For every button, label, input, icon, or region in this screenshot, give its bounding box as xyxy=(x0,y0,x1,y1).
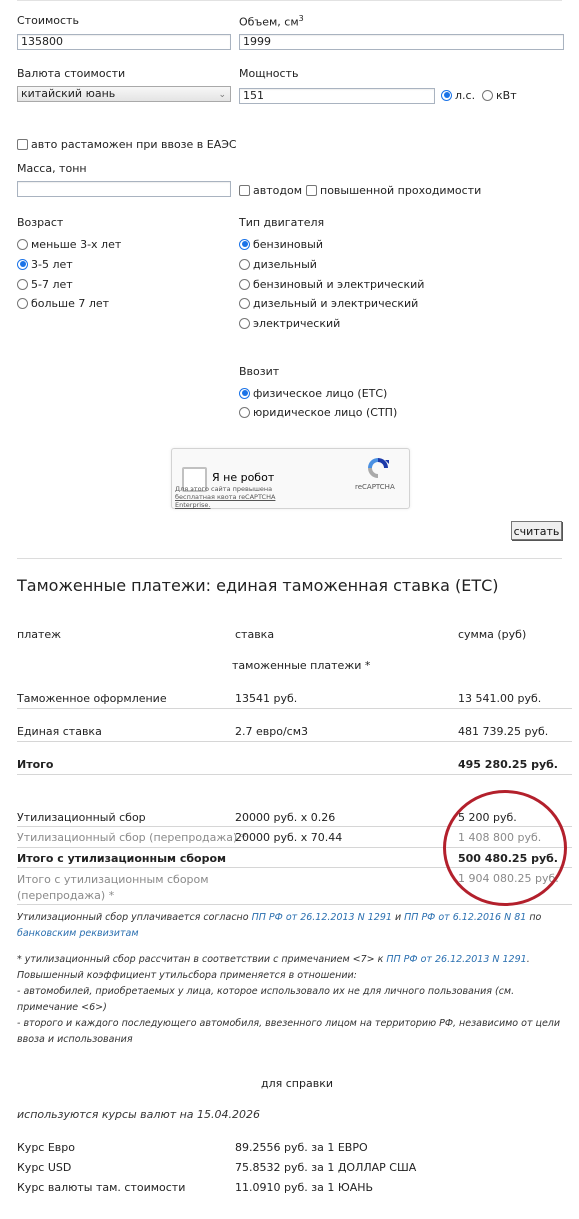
currency-selected: китайский юань xyxy=(21,87,115,100)
motorhome-label: автодом xyxy=(253,184,302,197)
power-unit-kw-label: кВт xyxy=(496,89,517,102)
power-unit-hp[interactable]: л.с. xyxy=(441,88,475,102)
section-divider xyxy=(17,558,562,559)
row-total-util-resale-name: Итого с утилизационным сбором (перепрода… xyxy=(17,872,217,904)
row-total-name: Итого xyxy=(17,758,53,771)
rate-eur-value: 89.2556 руб. за 1 ЕВРО xyxy=(235,1141,368,1154)
radio-engine-2[interactable] xyxy=(239,279,250,290)
radio-age-3[interactable] xyxy=(17,298,28,309)
row-util-resale-name: Утилизационный сбор (перепродажа) * xyxy=(17,831,246,844)
top-divider xyxy=(17,0,562,1)
note1-prefix: Утилизационный сбор уплачивается согласн… xyxy=(17,912,252,923)
note2-prefix: * утилизационный сбор рассчитан в соотве… xyxy=(17,954,386,965)
header-sum: сумма (руб) xyxy=(458,628,526,641)
radio-hp[interactable] xyxy=(441,90,452,101)
recaptcha-brand: reCAPTCHA xyxy=(355,483,395,491)
row-total-sum: 495 280.25 руб. xyxy=(458,758,558,771)
engine-option-label: бензиновый и электрический xyxy=(253,278,424,291)
recaptcha-widget: Я не робот Для этого сайта превышена бес… xyxy=(171,448,410,509)
util-fee-footnote: * утилизационный сбор рассчитан в соотве… xyxy=(17,952,572,1048)
power-unit-kw[interactable]: кВт xyxy=(482,88,517,102)
age-option-label: меньше 3-х лет xyxy=(31,238,121,251)
importer-option-legal[interactable]: юридическое лицо (СТП) xyxy=(239,405,397,419)
volume-label: Объем, см3 xyxy=(239,14,304,29)
link-pp-1291-footnote[interactable]: ПП РФ от 26.12.2013 N 1291 xyxy=(386,954,526,965)
util-fee-payment-note: Утилизационный сбор уплачивается согласн… xyxy=(17,910,567,942)
radio-engine-4[interactable] xyxy=(239,318,250,329)
section-customs-payments: таможенные платежи * xyxy=(232,659,370,672)
age-option-label: 5-7 лет xyxy=(31,278,73,291)
radio-engine-0[interactable] xyxy=(239,239,250,250)
checkbox-offroad[interactable] xyxy=(306,185,317,196)
rate-eur-name: Курс Евро xyxy=(17,1141,75,1154)
cleared-eaes-label: авто растаможен при ввозе в ЕАЭС xyxy=(31,138,237,151)
results-title: Таможенные платежи: единая таможенная ст… xyxy=(17,576,499,595)
radio-age-0[interactable] xyxy=(17,239,28,250)
age-option-label: больше 7 лет xyxy=(31,297,109,310)
volume-label-sup: 3 xyxy=(299,14,304,23)
row-clearance-sum: 13 541.00 руб. xyxy=(458,692,541,705)
engine-option-label: дизельный и электрический xyxy=(253,297,418,310)
note2-item2: - второго и каждого последующего автомоб… xyxy=(17,1018,560,1045)
radio-age-1[interactable] xyxy=(17,259,28,270)
recaptcha-quota-text: Для этого сайта превышена xyxy=(175,485,295,493)
engine-option-label: электрический xyxy=(253,317,340,330)
power-input[interactable]: 151 xyxy=(239,88,435,104)
radio-engine-3[interactable] xyxy=(239,298,250,309)
row-total-util-name: Итого с утилизационным сбором xyxy=(17,852,226,865)
row-clearance-rate: 13541 руб. xyxy=(235,692,297,705)
rate-usd-value: 75.8532 руб. за 1 ДОЛЛАР США xyxy=(235,1161,416,1174)
age-option-5-7[interactable]: 5-7 лет xyxy=(17,277,73,291)
recaptcha-quota-link[interactable]: бесплатная квота reCAPTCHA Enterprise. xyxy=(175,493,275,509)
row-unified-rate-rate: 2.7 евро/см3 xyxy=(235,725,308,738)
importer-option-individual[interactable]: физическое лицо (ЕТС) xyxy=(239,386,387,400)
radio-importer-0[interactable] xyxy=(239,388,250,399)
power-label: Мощность xyxy=(239,67,298,80)
importer-option-label: юридическое лицо (СТП) xyxy=(253,406,397,419)
header-rate: ставка xyxy=(235,628,274,641)
rates-date: используются курсы валют на 15.04.2026 xyxy=(17,1107,260,1123)
rate-customs-currency-value: 11.0910 руб. за 1 ЮАНЬ xyxy=(235,1181,373,1194)
link-pp-81[interactable]: ПП РФ от 6.12.2016 N 81 xyxy=(404,912,526,923)
cleared-eaes-checkbox[interactable]: авто растаможен при ввозе в ЕАЭС xyxy=(17,137,237,151)
engine-option-label: бензиновый xyxy=(253,238,323,251)
rate-customs-currency-name: Курс валюты там. стоимости xyxy=(17,1181,185,1194)
importer-option-label: физическое лицо (ЕТС) xyxy=(253,387,387,400)
importer-label: Ввозит xyxy=(239,365,279,378)
checkbox-motorhome[interactable] xyxy=(239,185,250,196)
engine-label: Тип двигателя xyxy=(239,216,324,229)
offroad-checkbox[interactable]: повышенной проходимости xyxy=(306,183,481,197)
cost-label: Стоимость xyxy=(17,14,79,27)
chevron-down-icon: ⌄ xyxy=(218,88,226,102)
power-unit-hp-label: л.с. xyxy=(455,89,475,102)
row-unified-rate-name: Единая ставка xyxy=(17,725,102,738)
engine-option-label: дизельный xyxy=(253,258,317,271)
engine-option-diesel-electric[interactable]: дизельный и электрический xyxy=(239,296,418,310)
recaptcha-logo-icon xyxy=(365,455,391,481)
row-util-fee-name: Утилизационный сбор xyxy=(17,811,146,824)
row-divider xyxy=(17,708,572,709)
recaptcha-label: Я не робот xyxy=(212,471,274,484)
currency-select[interactable]: китайский юань ⌄ xyxy=(17,86,231,102)
age-label: Возраст xyxy=(17,216,63,229)
volume-input[interactable]: 1999 xyxy=(239,34,564,50)
reference-title: для справки xyxy=(261,1077,333,1090)
row-clearance-name: Таможенное оформление xyxy=(17,692,167,705)
motorhome-checkbox[interactable]: автодом xyxy=(239,183,302,197)
link-pp-1291[interactable]: ПП РФ от 26.12.2013 N 1291 xyxy=(252,912,392,923)
highlight-circle-annotation xyxy=(443,790,567,906)
row-util-resale-rate: 20000 руб. x 70.44 xyxy=(235,831,342,844)
mass-label: Масса, тонн xyxy=(17,162,87,175)
engine-option-petrol[interactable]: бензиновый xyxy=(239,237,323,251)
radio-engine-1[interactable] xyxy=(239,259,250,270)
age-option-under3[interactable]: меньше 3-х лет xyxy=(17,237,121,251)
age-option-label: 3-5 лет xyxy=(31,258,73,271)
note1-and: и xyxy=(392,912,404,923)
radio-importer-1[interactable] xyxy=(239,407,250,418)
note2-item1: - автомобилей, приобретаемых у лица, кот… xyxy=(17,986,514,1013)
row-divider xyxy=(17,741,572,742)
engine-option-electric[interactable]: электрический xyxy=(239,316,340,330)
recaptcha-quota-message: Для этого сайта превышена бесплатная кво… xyxy=(175,485,295,509)
currency-label: Валюта стоимости xyxy=(17,67,125,80)
calculate-button[interactable]: считать xyxy=(511,521,562,540)
age-option-3-5[interactable]: 3-5 лет xyxy=(17,257,73,271)
checkbox-eaes[interactable] xyxy=(17,139,28,150)
row-divider xyxy=(17,774,572,775)
age-option-over7[interactable]: больше 7 лет xyxy=(17,296,109,310)
mass-input[interactable] xyxy=(17,181,231,197)
engine-option-petrol-electric[interactable]: бензиновый и электрический xyxy=(239,277,424,291)
rate-usd-name: Курс USD xyxy=(17,1161,71,1174)
radio-kw[interactable] xyxy=(482,90,493,101)
header-payment: платеж xyxy=(17,628,61,641)
note1-by: по xyxy=(526,912,541,923)
link-bank-details[interactable]: банковским реквизитам xyxy=(17,928,139,939)
volume-label-text: Объем, см xyxy=(239,16,299,29)
row-unified-rate-sum: 481 739.25 руб. xyxy=(458,725,548,738)
radio-age-2[interactable] xyxy=(17,279,28,290)
offroad-label: повышенной проходимости xyxy=(320,184,481,197)
engine-option-diesel[interactable]: дизельный xyxy=(239,257,317,271)
cost-input[interactable]: 135800 xyxy=(17,34,231,50)
row-util-fee-rate: 20000 руб. x 0.26 xyxy=(235,811,335,824)
